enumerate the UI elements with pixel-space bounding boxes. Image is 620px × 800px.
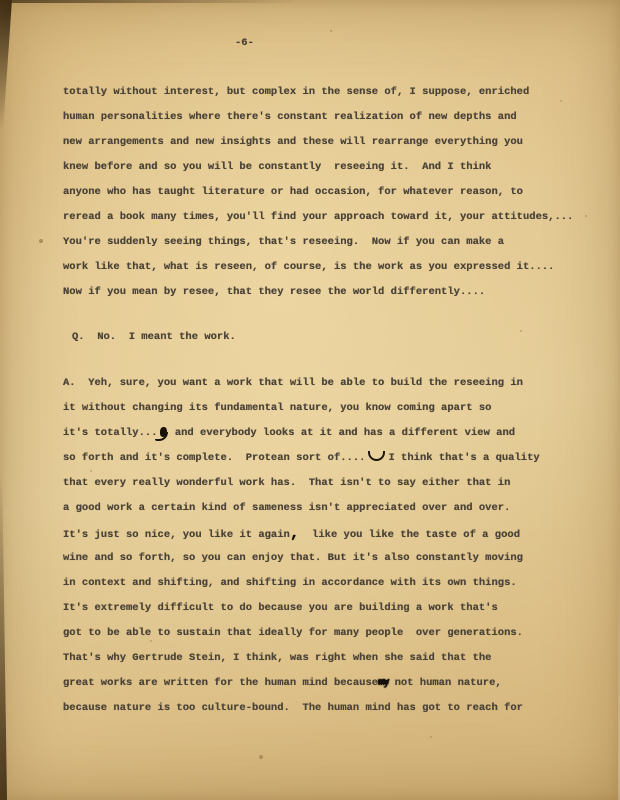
text-line: it without changing its fundamental natu… [63,396,540,421]
text-line: knew before and so you will be constantl… [63,155,573,180]
line-segment: great works are written for the human mi… [63,677,378,689]
line-segment: it without changing its fundamental natu… [63,402,491,414]
line-segment: like you like the taste of a good [299,529,520,541]
handwritten-comma-mark: , [290,524,300,542]
line-segment: That's why Gertrude Stein, I think, was … [63,652,491,664]
line-segment: It's extremely difficult to do because y… [63,602,498,614]
text-line: reread a book many times, you'll find yo… [63,205,573,230]
line-segment: not human nature, [388,677,501,689]
text-line: wine and so forth, so you can enjoy that… [63,546,540,571]
text-line: so forth and it's complete. Protean sort… [63,446,540,471]
text-line: new arrangements and new insights and th… [63,130,573,155]
scan-edge-top [0,0,300,3]
ink-blot-mark [160,427,167,437]
line-segment: I think that's a quality [388,452,539,464]
scan-edge-bottom-left [0,470,7,800]
text-line: got to be able to sustain that ideally f… [63,621,540,646]
text-line: a good work a certain kind of sameness i… [63,496,540,521]
handwritten-swoosh-mark [368,451,385,461]
scanned-typewritten-page: -6- totally without interest, but comple… [0,0,620,800]
line-segment: it's totally... [63,427,158,439]
text-line: Now if you mean by resee, that they rese… [63,280,573,305]
line-segment: got to be able to sustain that ideally f… [63,627,523,639]
line-segment: in context and shifting, and shifting in… [63,577,517,589]
question-block: Q. No. I meant the work. [72,325,236,350]
line-segment: wine and so forth, so you can enjoy that… [63,552,523,564]
scribbled-out-word: my [378,677,388,689]
line-segment: A. Yeh, sure, you want a work that will … [63,377,523,389]
line-segment: so forth and it's complete. Protean sort… [63,452,365,464]
text-line: because nature is too culture-bound. The… [63,696,540,721]
page-number: -6- [235,31,254,56]
answer-block: A. Yeh, sure, you want a work that will … [63,371,540,721]
line-segment: It's just so nice, you like it again [63,529,290,541]
text-line: A. Yeh, sure, you want a work that will … [63,371,540,396]
text-line: great works are written for the human mi… [63,671,540,696]
text-line: totally without interest, but complex in… [63,80,573,105]
question-line: Q. No. I meant the work. [72,325,236,350]
text-line: in context and shifting, and shifting in… [63,571,540,596]
text-line: that every really wonderful work has. Th… [63,471,540,496]
line-segment: because nature is too culture-bound. The… [63,702,523,714]
text-line: human personalities where there's consta… [63,105,573,130]
text-line: That's why Gertrude Stein, I think, was … [63,646,540,671]
line-segment: a good work a certain kind of sameness i… [63,502,510,514]
text-line: You're suddenly seeing things, that's re… [63,230,573,255]
text-line: work like that, what is reseen, of cours… [63,255,573,280]
line-segment: and everybody looks at it and has a diff… [169,427,516,439]
text-line: It's just so nice, you like it again, li… [63,521,540,546]
scan-edge-top-left [0,0,12,130]
line-segment: that every really wonderful work has. Th… [63,477,510,489]
text-line: It's extremely difficult to do because y… [63,596,540,621]
paragraph-continuation: totally without interest, but complex in… [63,80,573,305]
text-line: anyone who has taught literature or had … [63,180,573,205]
text-line: it's totally... and everybody looks at i… [63,421,540,446]
